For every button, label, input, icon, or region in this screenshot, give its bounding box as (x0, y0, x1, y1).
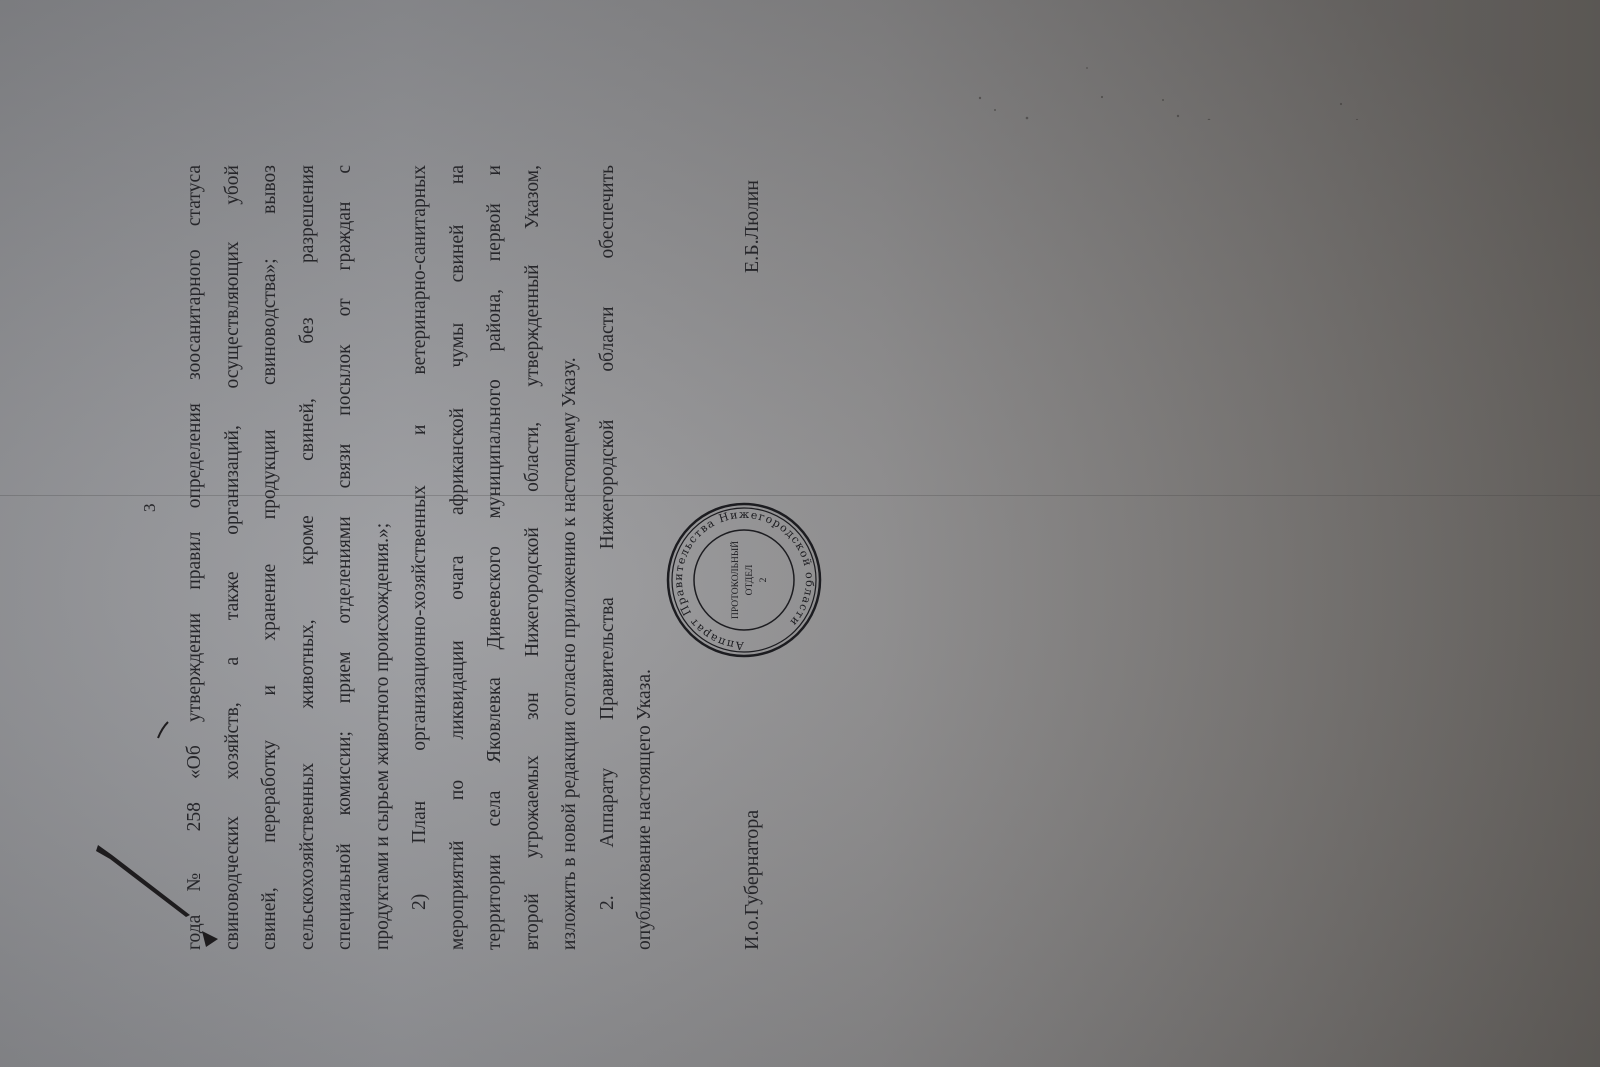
pen-tick-mark (154, 718, 174, 742)
text-line: второй угрожаемых зон Нижегородской обла… (514, 165, 552, 950)
text-line: свиней, переработку и хранение продукции… (251, 165, 289, 950)
paper-specks (900, 40, 1600, 120)
text-line: территории села Яковлевка Дивеевского му… (476, 165, 514, 950)
text-line: изложить в новой редакции согласно прило… (551, 165, 589, 950)
text-line: мероприятий по ликвидации очага африканс… (439, 165, 477, 950)
paragraph-2: 2) План организационно-хозяйственных и в… (401, 165, 589, 950)
text-line: опубликование настоящего Указа. (626, 165, 664, 950)
stamp-center-line1: ПРОТОКОЛЬНЫЙ (729, 541, 741, 619)
text-line: года № 258 «Об утверждении правил опреде… (176, 165, 214, 950)
text-line: 2. Аппарату Правительства Нижегородской … (589, 165, 627, 950)
stamp-center-number: 2 (759, 577, 769, 582)
signatory-title: И.о.Губернатора (741, 810, 764, 950)
page-number: 3 (140, 504, 160, 513)
text-line: свиноводческих хозяйств, а также организ… (214, 165, 252, 950)
text-line: продуктами и сырьем животного происхожде… (364, 165, 402, 950)
text-line: специальной комиссии; прием отделениями … (326, 165, 364, 950)
text-line: 2) План организационно-хозяйственных и в… (401, 165, 439, 950)
official-stamp: Аппарат Правительства Нижегородской обла… (664, 500, 824, 660)
paragraph-1: года № 258 «Об утверждении правил опреде… (176, 165, 401, 950)
text-line: сельскохозяйственных животных, кроме сви… (289, 165, 327, 950)
stamp-center-line2: ОТДЕЛ (745, 564, 755, 595)
signatory-name: Е.Б.Люлин (741, 180, 764, 273)
document-page: 3 года № 258 «Об утверждении правил опре… (176, 50, 816, 950)
paragraph-3: 2. Аппарату Правительства Нижегородской … (589, 165, 664, 950)
